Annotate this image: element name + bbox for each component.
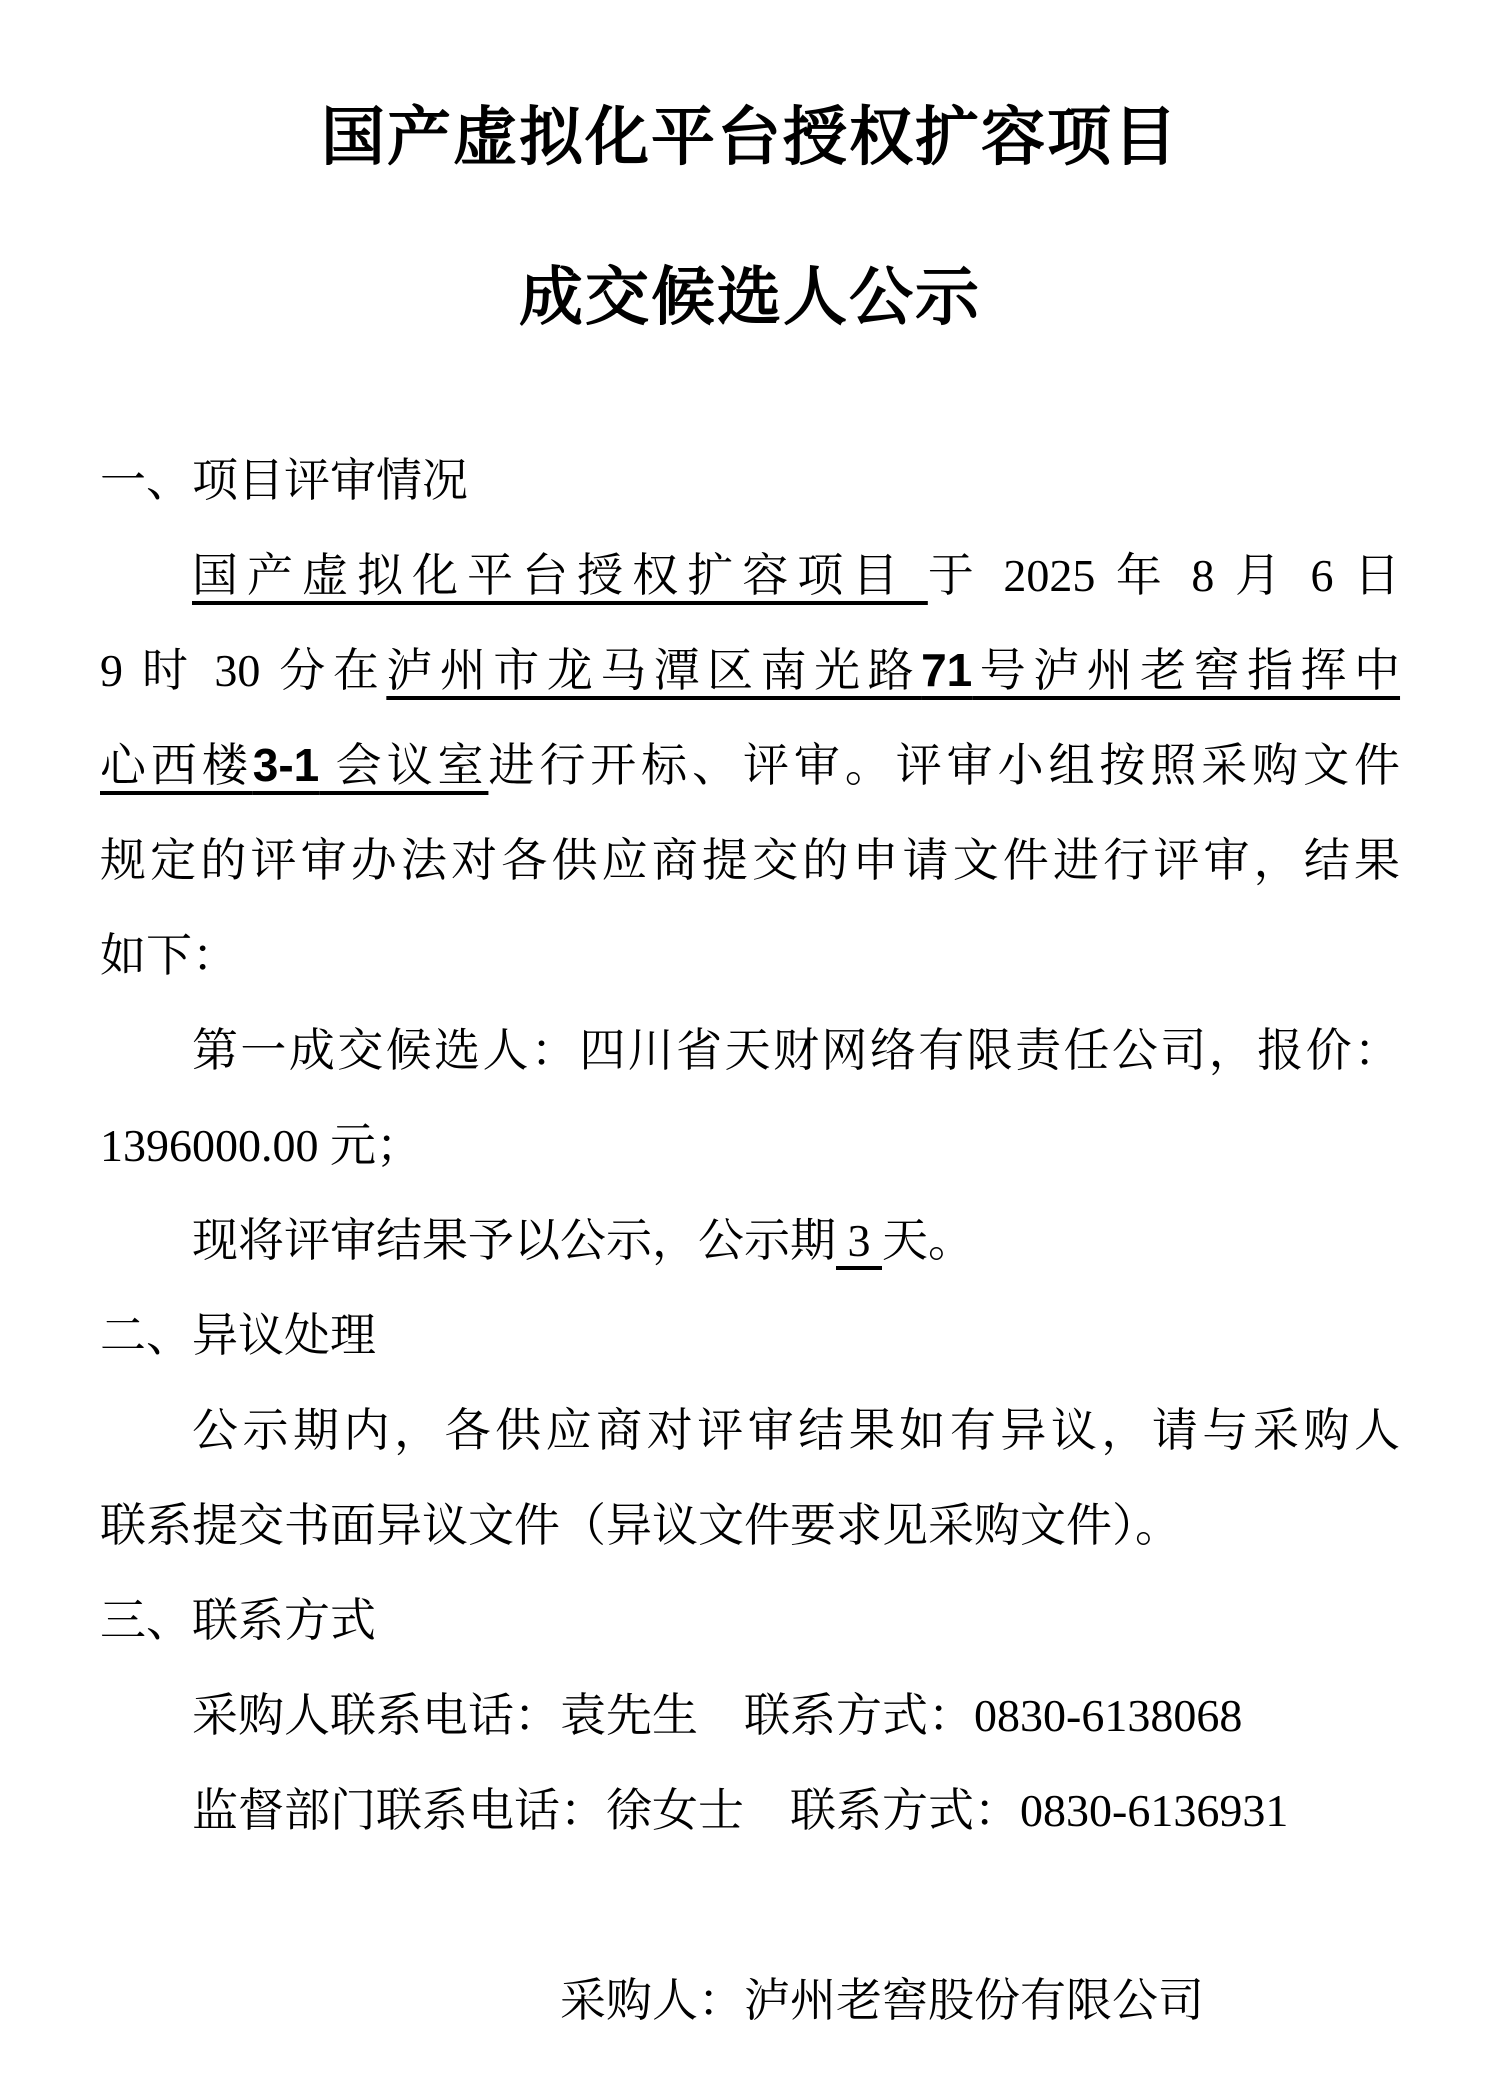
venue-room-part2: 会议室: [319, 740, 488, 791]
document-title-line2: 成交候选人公示: [100, 258, 1400, 338]
opening-time-text: 9 时 30 分在: [100, 645, 386, 696]
venue-room-part1: 心西楼: [100, 740, 253, 791]
document-title-line1: 国产虚拟化平台授权扩容项目: [100, 98, 1400, 178]
section1-heading: 一、项目评审情况: [100, 433, 1400, 528]
project-opening-date-line: 国产虚拟化平台授权扩容项目 于 2025 年 8 月 6 日: [100, 528, 1400, 623]
publicity-days-underlined: 3: [836, 1215, 882, 1266]
publicity-period-post: 天。: [882, 1215, 974, 1266]
venue-street-number: 71: [921, 644, 972, 696]
result-intro-line: 如下：: [100, 908, 1400, 1003]
purchaser-signature: 采购人：泸州老窖股份有限公司: [100, 1953, 1400, 2048]
buyer-contact-line: 采购人联系电话：袁先生 联系方式：0830-6138068: [100, 1668, 1400, 1763]
objection-line2: 联系提交书面异议文件（异议文件要求见采购文件）。: [100, 1478, 1400, 1573]
venue-address-part1: 泸州市龙马潭区南光路: [386, 645, 921, 696]
document-body: 一、项目评审情况 国产虚拟化平台授权扩容项目 于 2025 年 8 月 6 日 …: [100, 433, 1400, 2048]
publicity-period-line: 现将评审结果予以公示，公示期 3 天。: [100, 1193, 1400, 1288]
review-method-line: 规定的评审办法对各供应商提交的申请文件进行评审，结果: [100, 813, 1400, 908]
venue-room-review-line: 心西楼3-1 会议室进行开标、评审。评审小组按照采购文件: [100, 718, 1400, 813]
bid-price-line: 1396000.00 元；: [100, 1098, 1400, 1193]
review-process-text: 进行开标、评审。评审小组按照采购文件: [488, 740, 1400, 791]
venue-address-part2: 号泸州老窖指挥中: [972, 645, 1400, 696]
section2-heading: 二、异议处理: [100, 1288, 1400, 1383]
opening-date-text: 于 2025 年 8 月 6 日: [928, 550, 1400, 601]
objection-line1: 公示期内，各供应商对评审结果如有异议，请与采购人: [100, 1383, 1400, 1478]
first-candidate-line: 第一成交候选人：四川省天财网络有限责任公司，报价：: [100, 1003, 1400, 1098]
section3-heading: 三、联系方式: [100, 1573, 1400, 1668]
venue-room-number: 3-1: [253, 739, 319, 791]
project-name-underlined: 国产虚拟化平台授权扩容项目: [192, 550, 928, 601]
publicity-period-pre: 现将评审结果予以公示，公示期: [192, 1215, 836, 1266]
supervisor-contact-line: 监督部门联系电话：徐女士 联系方式：0830-6136931: [100, 1763, 1400, 1858]
document-page: 国产虚拟化平台授权扩容项目 成交候选人公示 一、项目评审情况 国产虚拟化平台授权…: [0, 0, 1500, 2088]
opening-time-venue-line: 9 时 30 分在泸州市龙马潭区南光路71号泸州老窖指挥中: [100, 623, 1400, 718]
